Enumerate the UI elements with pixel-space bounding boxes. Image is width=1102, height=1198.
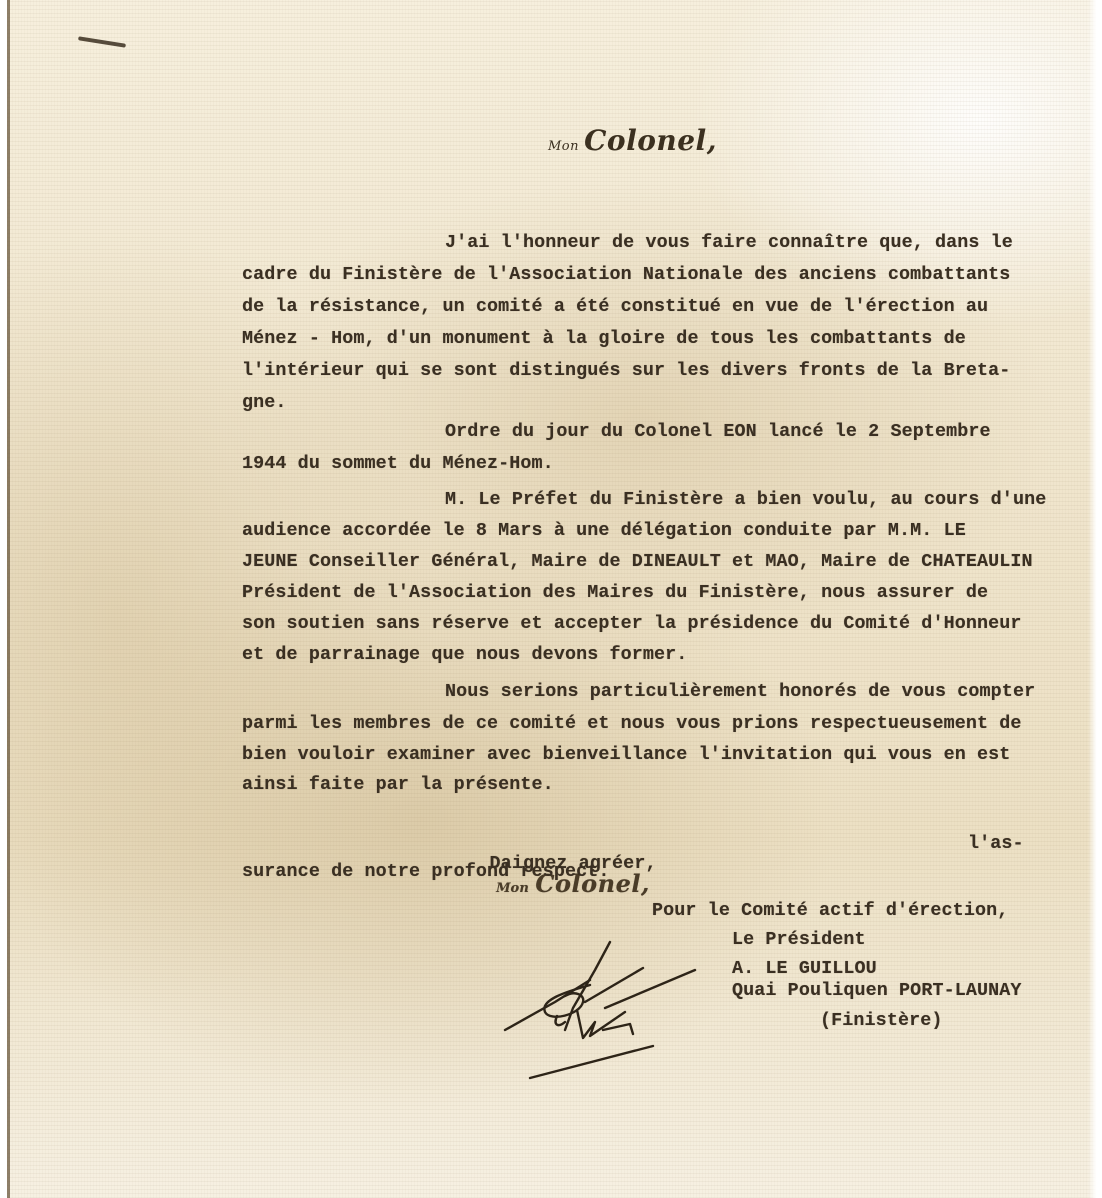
handwritten-signature-icon bbox=[490, 930, 720, 1090]
paragraph-2-line: Ordre du jour du Colonel EON lancé le 2 … bbox=[445, 422, 991, 442]
paragraph-3-line: et de parrainage que nous devons former. bbox=[242, 645, 687, 665]
paragraph-4-line: bien vouloir examiner avec bienveillance… bbox=[242, 745, 1010, 765]
paragraph-1-line: de la résistance, un comité a été consti… bbox=[242, 297, 988, 317]
signature-title: Le Président bbox=[732, 930, 866, 950]
closing-line-2: surance de notre profond respect. bbox=[242, 862, 610, 882]
ink-mark bbox=[78, 36, 126, 47]
signature-name: A. LE GUILLOU bbox=[732, 959, 877, 979]
paragraph-3-line: JEUNE Conseiller Général, Maire de DINEA… bbox=[242, 552, 1033, 572]
paragraph-3-line: audience accordée le 8 Mars à une déléga… bbox=[242, 521, 966, 541]
signature-for-committee: Pour le Comité actif d'érection, bbox=[652, 901, 1008, 921]
salutation-mon: Mon bbox=[548, 139, 579, 154]
paragraph-3-line: M. Le Préfet du Finistère a bien voulu, … bbox=[445, 490, 1046, 510]
letter-page: Mon Colonel, J'ai l'honneur de vous fair… bbox=[0, 0, 1102, 1198]
paragraph-4-line: parmi les membres de ce comité et nous v… bbox=[242, 714, 1022, 734]
closing-suffix: l'as- bbox=[968, 834, 1024, 854]
paragraph-4-line: ainsi faite par la présente. bbox=[242, 775, 554, 795]
signature-region: (Finistère) bbox=[820, 1011, 943, 1031]
scan-margin-left bbox=[0, 0, 7, 1198]
paragraph-1-line: gne. bbox=[242, 393, 287, 413]
paragraph-1-line: l'intérieur qui se sont distingués sur l… bbox=[242, 361, 1010, 381]
paragraph-4-line: Nous serions particulièrement honorés de… bbox=[445, 682, 1035, 702]
paragraph-1-line: Ménez - Hom, d'un monument à la gloire d… bbox=[242, 329, 966, 349]
paper-edge-left bbox=[7, 0, 10, 1198]
signature-address: Quai Pouliquen PORT-LAUNAY bbox=[732, 981, 1022, 1001]
salutation-colonel: Colonel, bbox=[584, 124, 717, 157]
salutation: Mon Colonel, bbox=[548, 124, 717, 157]
paragraph-3-line: Président de l'Association des Maires du… bbox=[242, 583, 988, 603]
scan-margin-right bbox=[1088, 0, 1102, 1198]
paragraph-3-line: son soutien sans réserve et accepter la … bbox=[242, 614, 1022, 634]
paragraph-2-line: 1944 du sommet du Ménez-Hom. bbox=[242, 454, 554, 474]
paragraph-1-line: J'ai l'honneur de vous faire connaître q… bbox=[445, 233, 1013, 253]
paragraph-1-line: cadre du Finistère de l'Association Nati… bbox=[242, 265, 1010, 285]
